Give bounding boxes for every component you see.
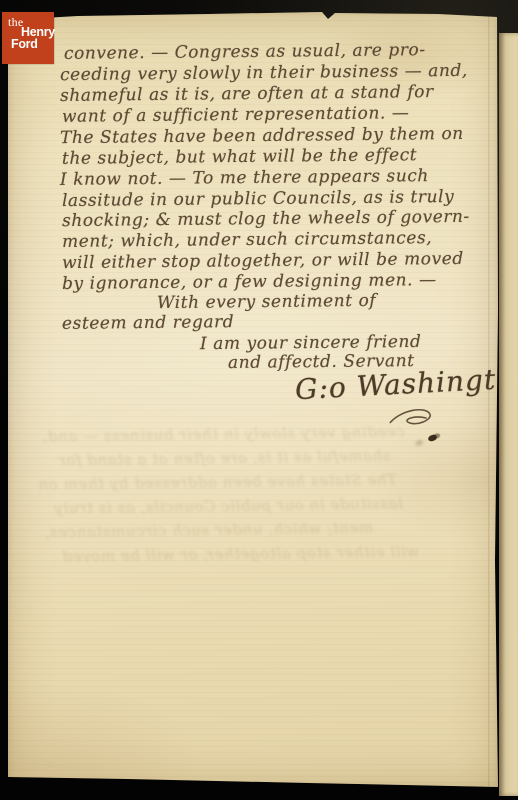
closing-line: esteem and regard (62, 312, 234, 334)
photo-background: convene. — Congress as usual, are pro- c… (0, 0, 518, 800)
letter-line: want of a sufficient representation. — (62, 103, 410, 127)
ghost-line: lassitude in our public Councils, as is … (54, 495, 403, 518)
letter-line: I know not. — To me there appears such (60, 166, 429, 190)
second-page-edge (499, 33, 518, 796)
signature-flourish-icon (385, 405, 438, 431)
logo-word-ford: Ford (11, 38, 38, 51)
letter-line: ment; which, under such circumstances, (62, 228, 432, 252)
bleed-through-ghost-text: ceeding very slowly in their business — … (28, 419, 478, 599)
ghost-line: The States have been addressed by them o… (38, 470, 397, 493)
letter-line: convene. — Congress as usual, are pro- (64, 40, 426, 64)
henry-ford-logo: the Henry Ford (2, 12, 54, 64)
letter-line: the subject, but what will be the effect (62, 145, 417, 169)
closing-line: With every sentiment of (157, 291, 376, 313)
letter-line: by ignorance, or a few designing men. — (62, 270, 437, 294)
ghost-line: will either stop altogether, or will be … (62, 543, 420, 566)
fold-crease (488, 11, 490, 789)
ghost-line: ment; which, under such circumstances, (44, 519, 373, 542)
ghost-line: ceeding very slowly in their business — … (42, 422, 405, 445)
ghost-line: shameful as it is, are often at a stand … (58, 447, 391, 470)
letter-line: shameful as it is, are often at a stand … (60, 82, 434, 106)
letter-page: convene. — Congress as usual, are pro- c… (8, 11, 498, 789)
ink-blot (427, 434, 437, 442)
